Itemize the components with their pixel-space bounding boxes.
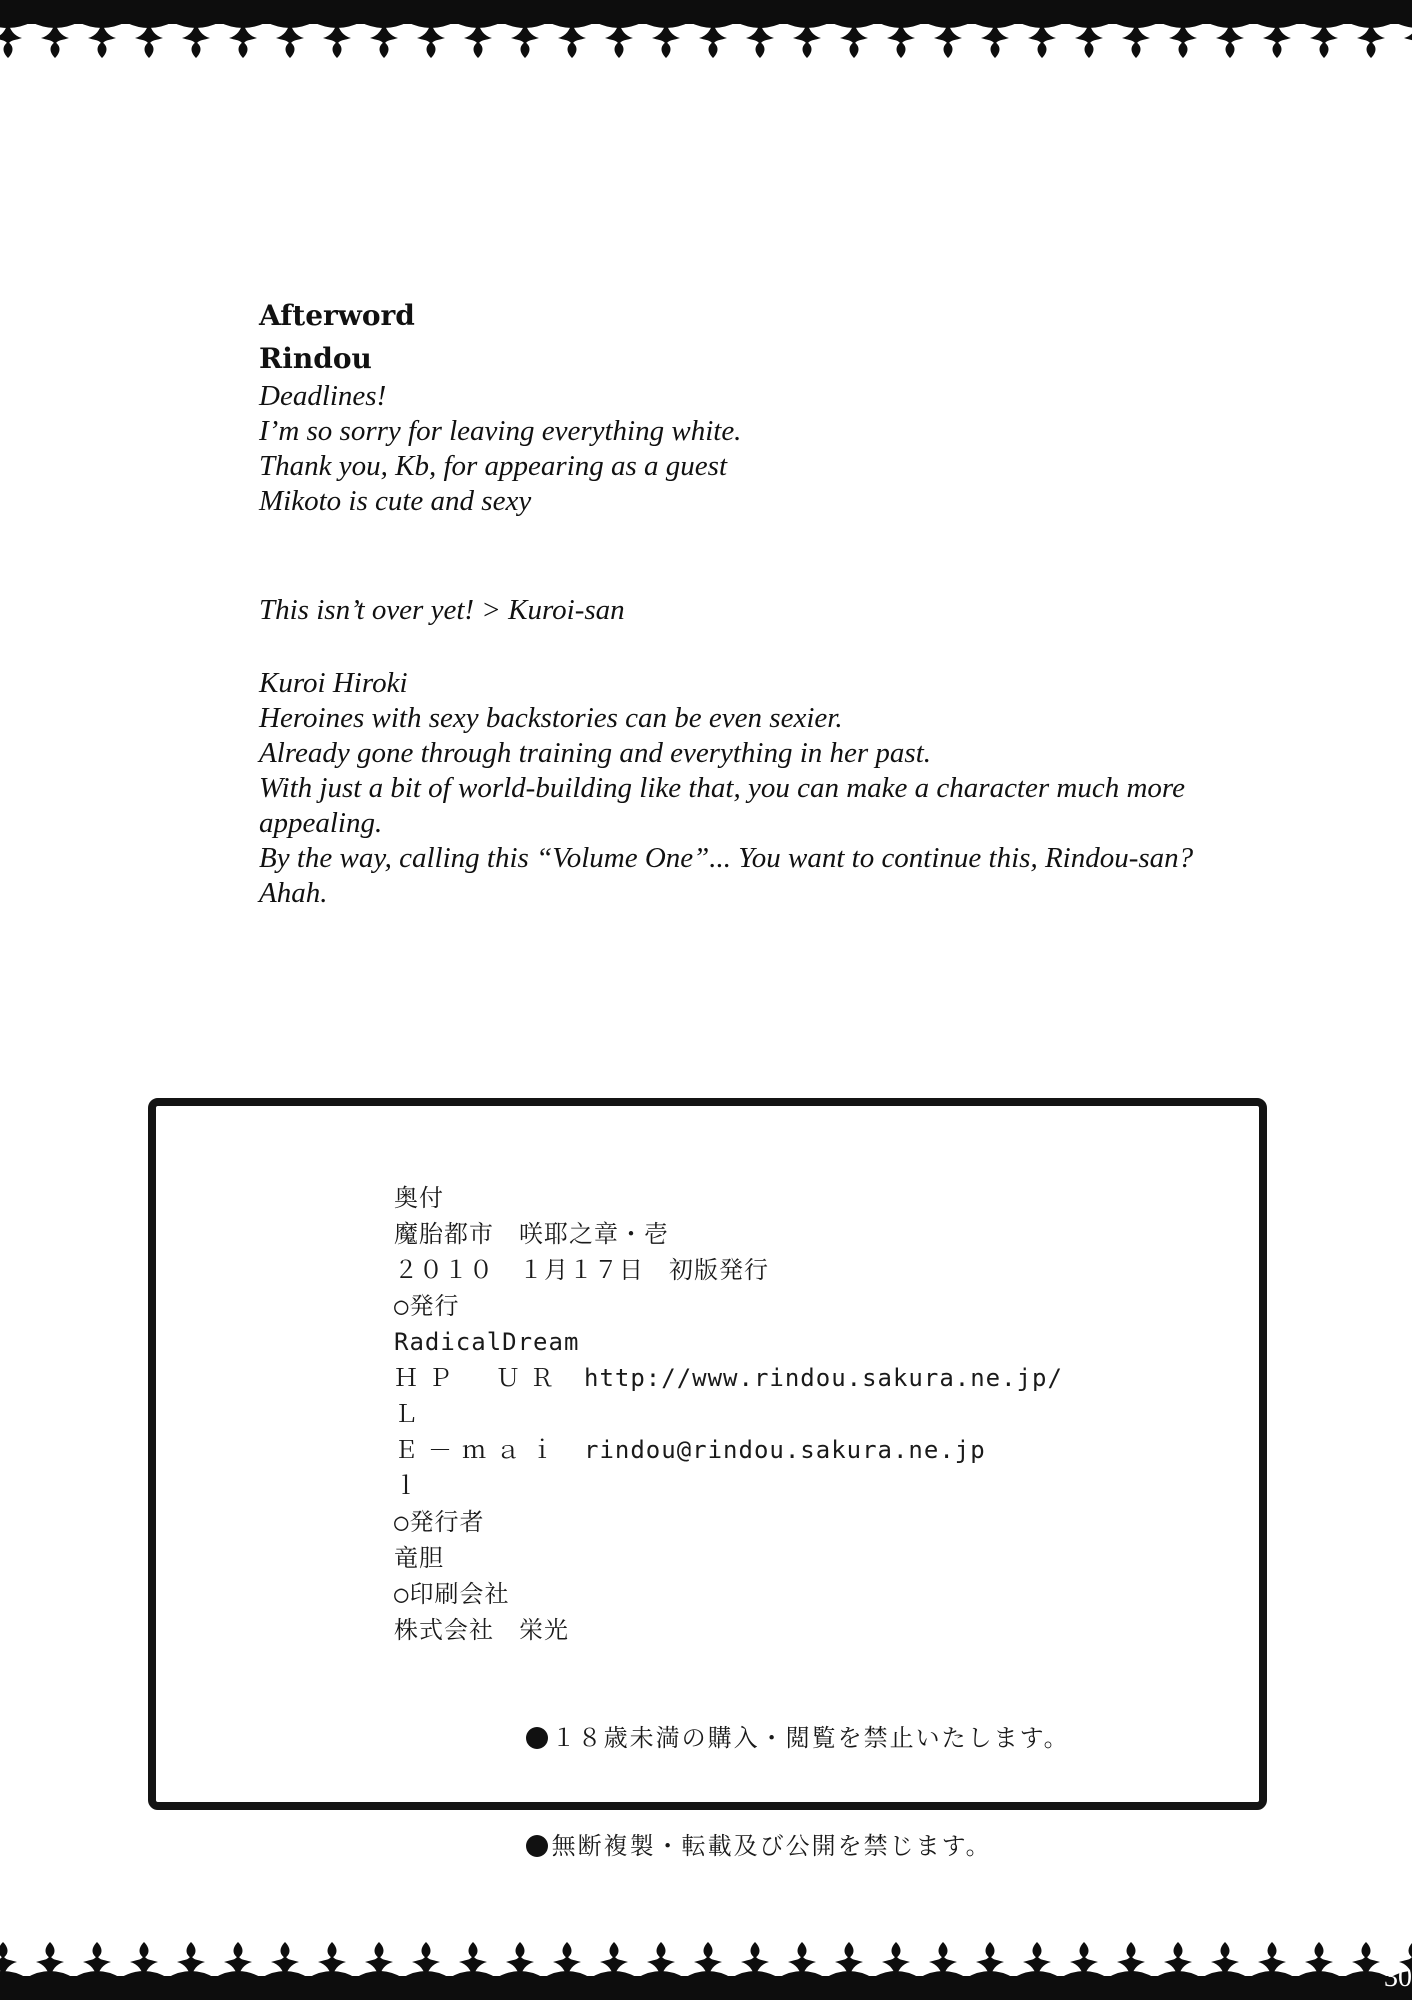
ornament-border-top-icon	[0, 0, 1412, 62]
bullet-icon	[526, 1835, 548, 1857]
afterword-line: Ahah.	[259, 876, 1359, 911]
afterword-line: Already gone through training and everyt…	[259, 736, 1359, 771]
homepage-label: ＨＰ ＵＲＬ	[394, 1360, 584, 1432]
email-address-link[interactable]: rindou@rindou.sakura.ne.jp	[584, 1432, 986, 1504]
spacer	[259, 628, 1359, 666]
colophon-heading: 奥付	[394, 1180, 1070, 1216]
page-number: 30	[1384, 1958, 1412, 1998]
bottom-ornamental-border	[0, 1934, 1412, 2000]
afterword-line: Mikoto is cute and sexy	[259, 484, 1359, 519]
legal-note-text: 無断複製・転載及び公開を禁じます。	[552, 1832, 992, 1860]
colophon-box: 奥付 魔胎都市 咲耶之章・壱 ２０１０ １月１７日 初版発行 ○発行 Radic…	[148, 1098, 1267, 1810]
issuer-label: ○発行者	[394, 1504, 1070, 1540]
homepage-row: ＨＰ ＵＲＬ http://www.rindou.sakura.ne.jp/	[394, 1360, 1070, 1432]
afterword-title: Afterword	[259, 296, 1359, 336]
afterword-line: With just a bit of world-building like t…	[259, 771, 1359, 806]
issuer-name: 竜胆	[394, 1540, 1070, 1576]
printer-label: ○印刷会社	[394, 1576, 1070, 1612]
colophon-title: 魔胎都市 咲耶之章・壱	[394, 1216, 1070, 1252]
bullet-icon	[526, 1727, 548, 1749]
legal-note: 無断複製・転載及び公開を禁じます。	[394, 1792, 1070, 1900]
author-name-kuroi: Kuroi Hiroki	[259, 666, 1359, 701]
author-name-rindou: Rindou	[259, 339, 1359, 379]
afterword-line: I’m so sorry for leaving everything whit…	[259, 414, 1359, 449]
afterword-section: Afterword Rindou Deadlines! I’m so sorry…	[259, 296, 1359, 911]
email-label: Ｅ－ｍａｉｌ	[394, 1432, 584, 1504]
email-row: Ｅ－ｍａｉｌ rindou@rindou.sakura.ne.jp	[394, 1432, 1070, 1504]
legal-note: １８歳未満の購入・閲覧を禁止いたします。	[394, 1684, 1070, 1792]
publish-date: ２０１０ １月１７日 初版発行	[394, 1252, 1070, 1288]
afterword-line: Deadlines!	[259, 379, 1359, 414]
afterword-line: By the way, calling this “Volume One”...…	[259, 841, 1359, 876]
afterword-line: Thank you, Kb, for appearing as a guest	[259, 449, 1359, 484]
ornament-border-bottom-icon	[0, 1934, 1412, 2000]
homepage-url-link[interactable]: http://www.rindou.sakura.ne.jp/	[584, 1360, 1063, 1432]
publisher-name: RadicalDream	[394, 1324, 1070, 1360]
top-ornamental-border	[0, 0, 1412, 62]
colophon: 奥付 魔胎都市 咲耶之章・壱 ２０１０ １月１７日 初版発行 ○発行 Radic…	[394, 1180, 1070, 1900]
spacer	[259, 519, 1359, 593]
printer-name: 株式会社 栄光	[394, 1612, 1070, 1648]
publisher-label: ○発行	[394, 1288, 1070, 1324]
afterword-line: Heroines with sexy backstories can be ev…	[259, 701, 1359, 736]
afterword-aside: This isn’t over yet! > Kuroi-san	[259, 593, 1359, 628]
legal-note-text: １８歳未満の購入・閲覧を禁止いたします。	[552, 1724, 1070, 1752]
afterword-line: appealing.	[259, 806, 1359, 841]
legal-notes: １８歳未満の購入・閲覧を禁止いたします。 無断複製・転載及び公開を禁じます。	[394, 1684, 1070, 1900]
